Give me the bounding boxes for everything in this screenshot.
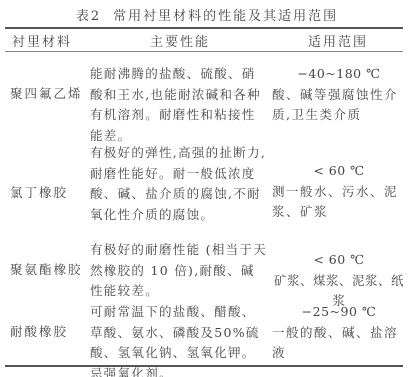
temperature-range: < 60 ℃: [272, 250, 406, 271]
top-rule: [5, 27, 403, 29]
temperature-range: −25~90 ℃: [272, 302, 406, 323]
table-number: 表2: [76, 9, 101, 24]
material-cell: 聚四氟乙烯: [10, 84, 88, 102]
material-cell: 氯丁橡胶: [10, 183, 88, 201]
header-scope: 适用范围: [308, 31, 368, 50]
header-properties: 主要性能: [150, 31, 210, 50]
properties-cell: 能耐沸腾的盐酸、硫酸、硝酸和王水,也能耐浓碱和各种有机溶剂。耐磨性和粘接性能差。: [90, 64, 268, 146]
temperature-range: < 60 ℃: [272, 161, 406, 182]
bottom-rule: [5, 365, 403, 367]
scope-cell: < 60 ℃ 测一般水、污水、泥浆、矿浆: [272, 161, 406, 223]
properties-cell: 有极好的耐磨性能 (相当于天然橡胶的 10 倍),耐酸、碱性能较差。: [90, 240, 268, 302]
applicable-media: 酸、碱等强腐蚀性介质,卫生类介质: [272, 87, 398, 123]
header-rule: [5, 51, 403, 52]
header-material: 衬里材料: [12, 31, 72, 50]
temperature-range: −40~180 ℃: [272, 64, 406, 85]
table-caption: 表2常用衬里材料的性能及其适用范围: [0, 5, 414, 24]
scope-cell: −25~90 ℃ 一般的酸、碱、盐溶液: [272, 302, 406, 364]
applicable-media: 一般的酸、碱、盐溶液: [272, 325, 398, 361]
properties-cell: 有极好的弹性,高强的扯断力,耐磨性能好。耐一般低浓度酸、碱、盐介质的腐蚀,不耐氧…: [90, 143, 268, 225]
material-cell: 耐酸橡胶: [10, 322, 88, 340]
material-cell: 聚氨酯橡胶: [10, 260, 88, 278]
scope-cell: −40~180 ℃ 酸、碱等强腐蚀性介质,卫生类介质: [272, 64, 406, 126]
applicable-media: 测一般水、污水、泥浆、矿浆: [272, 184, 398, 220]
table-title: 常用衬里材料的性能及其适用范围: [113, 9, 338, 24]
